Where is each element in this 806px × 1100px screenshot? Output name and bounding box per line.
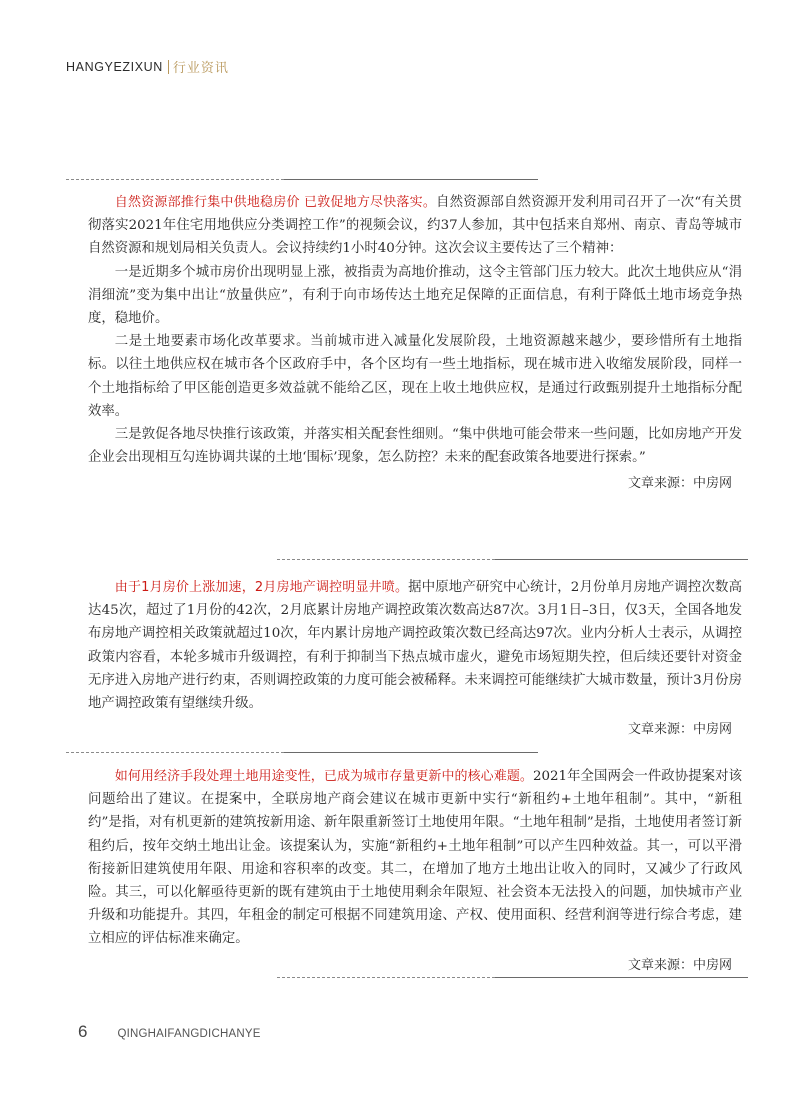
article-1-paragraph-2: 一是近期多个城市房价出现明显上涨，被指责为高地价推动，这令主管部门压力较大。此次… — [88, 261, 742, 331]
article-3-source: 文章来源：中房网 — [88, 954, 742, 977]
page-header: HANGYEZIXUN 行业资讯 — [66, 57, 229, 76]
section-title-en: HANGYEZIXUN — [66, 60, 163, 74]
header-separator — [168, 60, 169, 74]
section-title-cn: 行业资讯 — [173, 57, 229, 76]
article-2-lead: 由于1月房价上涨加速，2月房地产调控明显井喷。 — [115, 580, 408, 595]
page-number: 6 — [78, 1022, 87, 1042]
article-1: 自然资源部推行集中供地稳房价 已敦促地方尽快落实。自然资源部自然资源开发利用司召… — [88, 191, 742, 496]
article-1-paragraph-4: 三是敦促各地尽快推行该政策，并落实相关配套性细则。“集中供地可能会带来一些问题，… — [88, 423, 742, 469]
page-footer: 6 QINGHAIFANGDICHANYE — [78, 1022, 261, 1042]
publication-name: QINGHAIFANGDICHANYE — [117, 1028, 260, 1040]
article-1-paragraph-1: 自然资源部推行集中供地稳房价 已敦促地方尽快落实。自然资源部自然资源开发利用司召… — [88, 191, 742, 261]
article-3: 如何用经济手段处理土地用途变性，已成为城市存量更新中的核心难题。2021年全国两… — [88, 765, 742, 977]
article-2-source: 文章来源：中房网 — [88, 718, 742, 741]
article-1-source: 文章来源：中房网 — [88, 472, 742, 495]
article-1-paragraph-3: 二是土地要素市场化改革要求。当前城市进入减量化发展阶段，土地资源越来越少，要珍惜… — [88, 330, 742, 423]
article-3-lead: 如何用经济手段处理土地用途变性，已成为城市存量更新中的核心难题。 — [115, 769, 533, 784]
article-3-paragraph-1: 如何用经济手段处理土地用途变性，已成为城市存量更新中的核心难题。2021年全国两… — [88, 765, 742, 951]
article-1-lead: 自然资源部推行集中供地稳房价 已敦促地方尽快落实。 — [115, 195, 436, 210]
article-2: 由于1月房价上涨加速，2月房地产调控明显井喷。据中原地产研究中心统计，2月份单月… — [88, 576, 742, 741]
article-2-paragraph-1: 由于1月房价上涨加速，2月房地产调控明显井喷。据中原地产研究中心统计，2月份单月… — [88, 576, 742, 715]
